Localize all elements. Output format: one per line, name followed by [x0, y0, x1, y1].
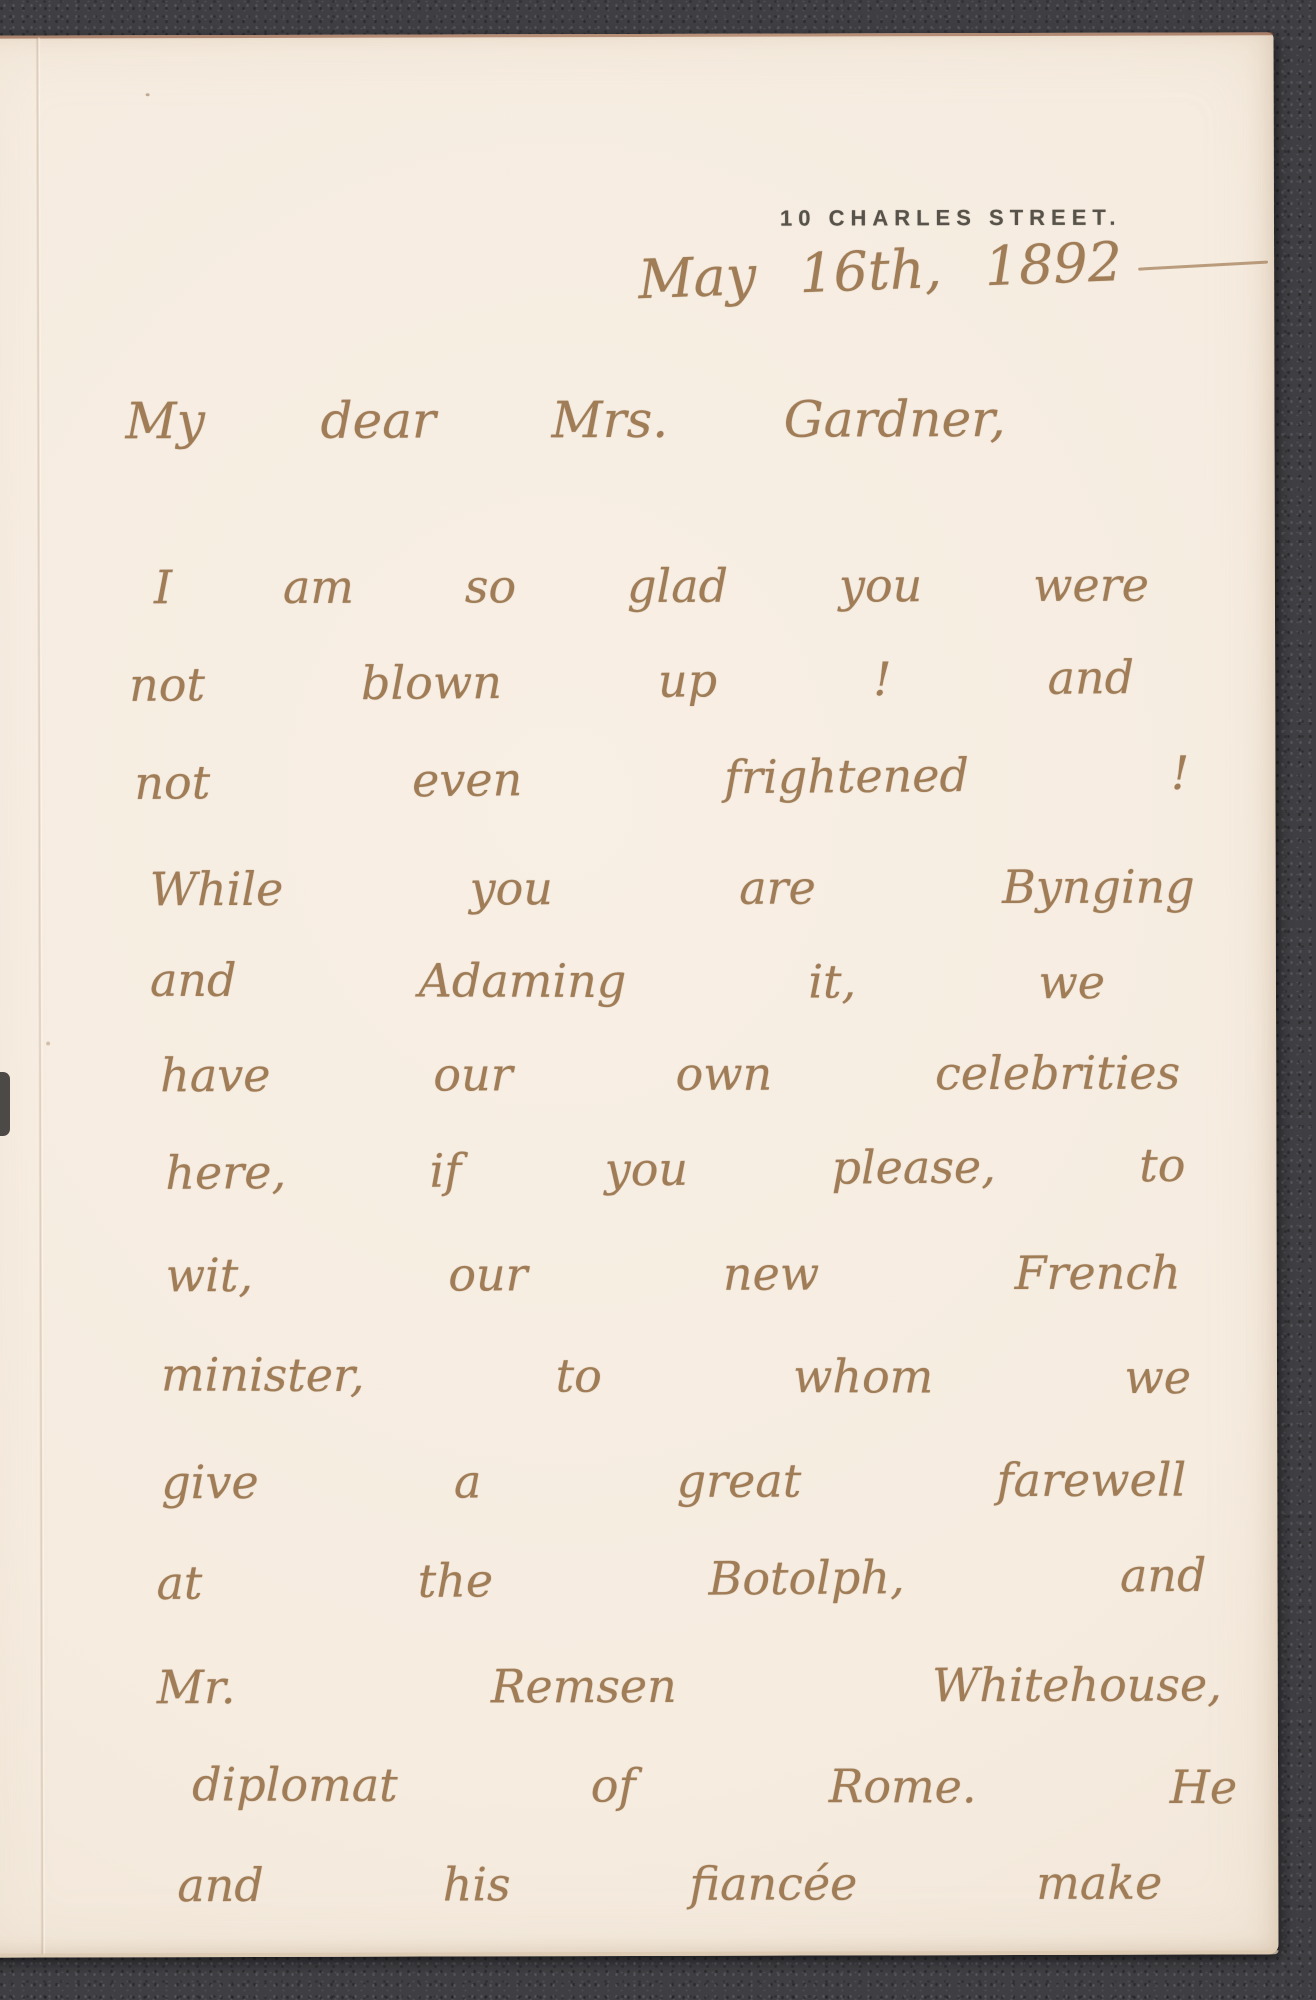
- page-edge-notch: [0, 1072, 10, 1136]
- salutation: My dear Mrs. Gardner,: [125, 391, 1005, 451]
- letter-line: diplomat of Rome. He: [192, 1758, 1237, 1827]
- letter-line: I am so glad you were: [154, 559, 1149, 628]
- letterhead: 10 CHARLES STREET.: [780, 205, 1122, 232]
- letter-line: not even frightened !: [134, 747, 1190, 823]
- date-line: May 16th, 1892: [637, 234, 1059, 312]
- letter-line: Mr. Remsen Whitehouse,: [157, 1658, 1222, 1727]
- paper-speck: [146, 93, 150, 96]
- letter-line: not blown up ! and: [129, 651, 1134, 725]
- letter-line: wit, our new French: [166, 1247, 1181, 1316]
- letter-line: While you are Bynging: [150, 861, 1195, 930]
- letter-line: have our own celebrities: [160, 1047, 1180, 1116]
- letter-page: 10 CHARLES STREET. May 16th, 1892 My dea…: [0, 32, 1279, 1957]
- letter-line: give a great farewell: [161, 1454, 1186, 1523]
- letter-line: and his fiancée make: [177, 1857, 1162, 1926]
- letter-photograph: 10 CHARLES STREET. May 16th, 1892 My dea…: [0, 0, 1316, 2000]
- fold-crease: [35, 38, 45, 1956]
- letter-line: at the Botolph, and: [156, 1549, 1206, 1623]
- letter-line: minister, to whom we: [161, 1349, 1191, 1418]
- letter-line: here, if you please, to: [165, 1139, 1185, 1213]
- letter-line: and Adaming it, we: [150, 954, 1105, 1022]
- paper-speck: [46, 1042, 50, 1046]
